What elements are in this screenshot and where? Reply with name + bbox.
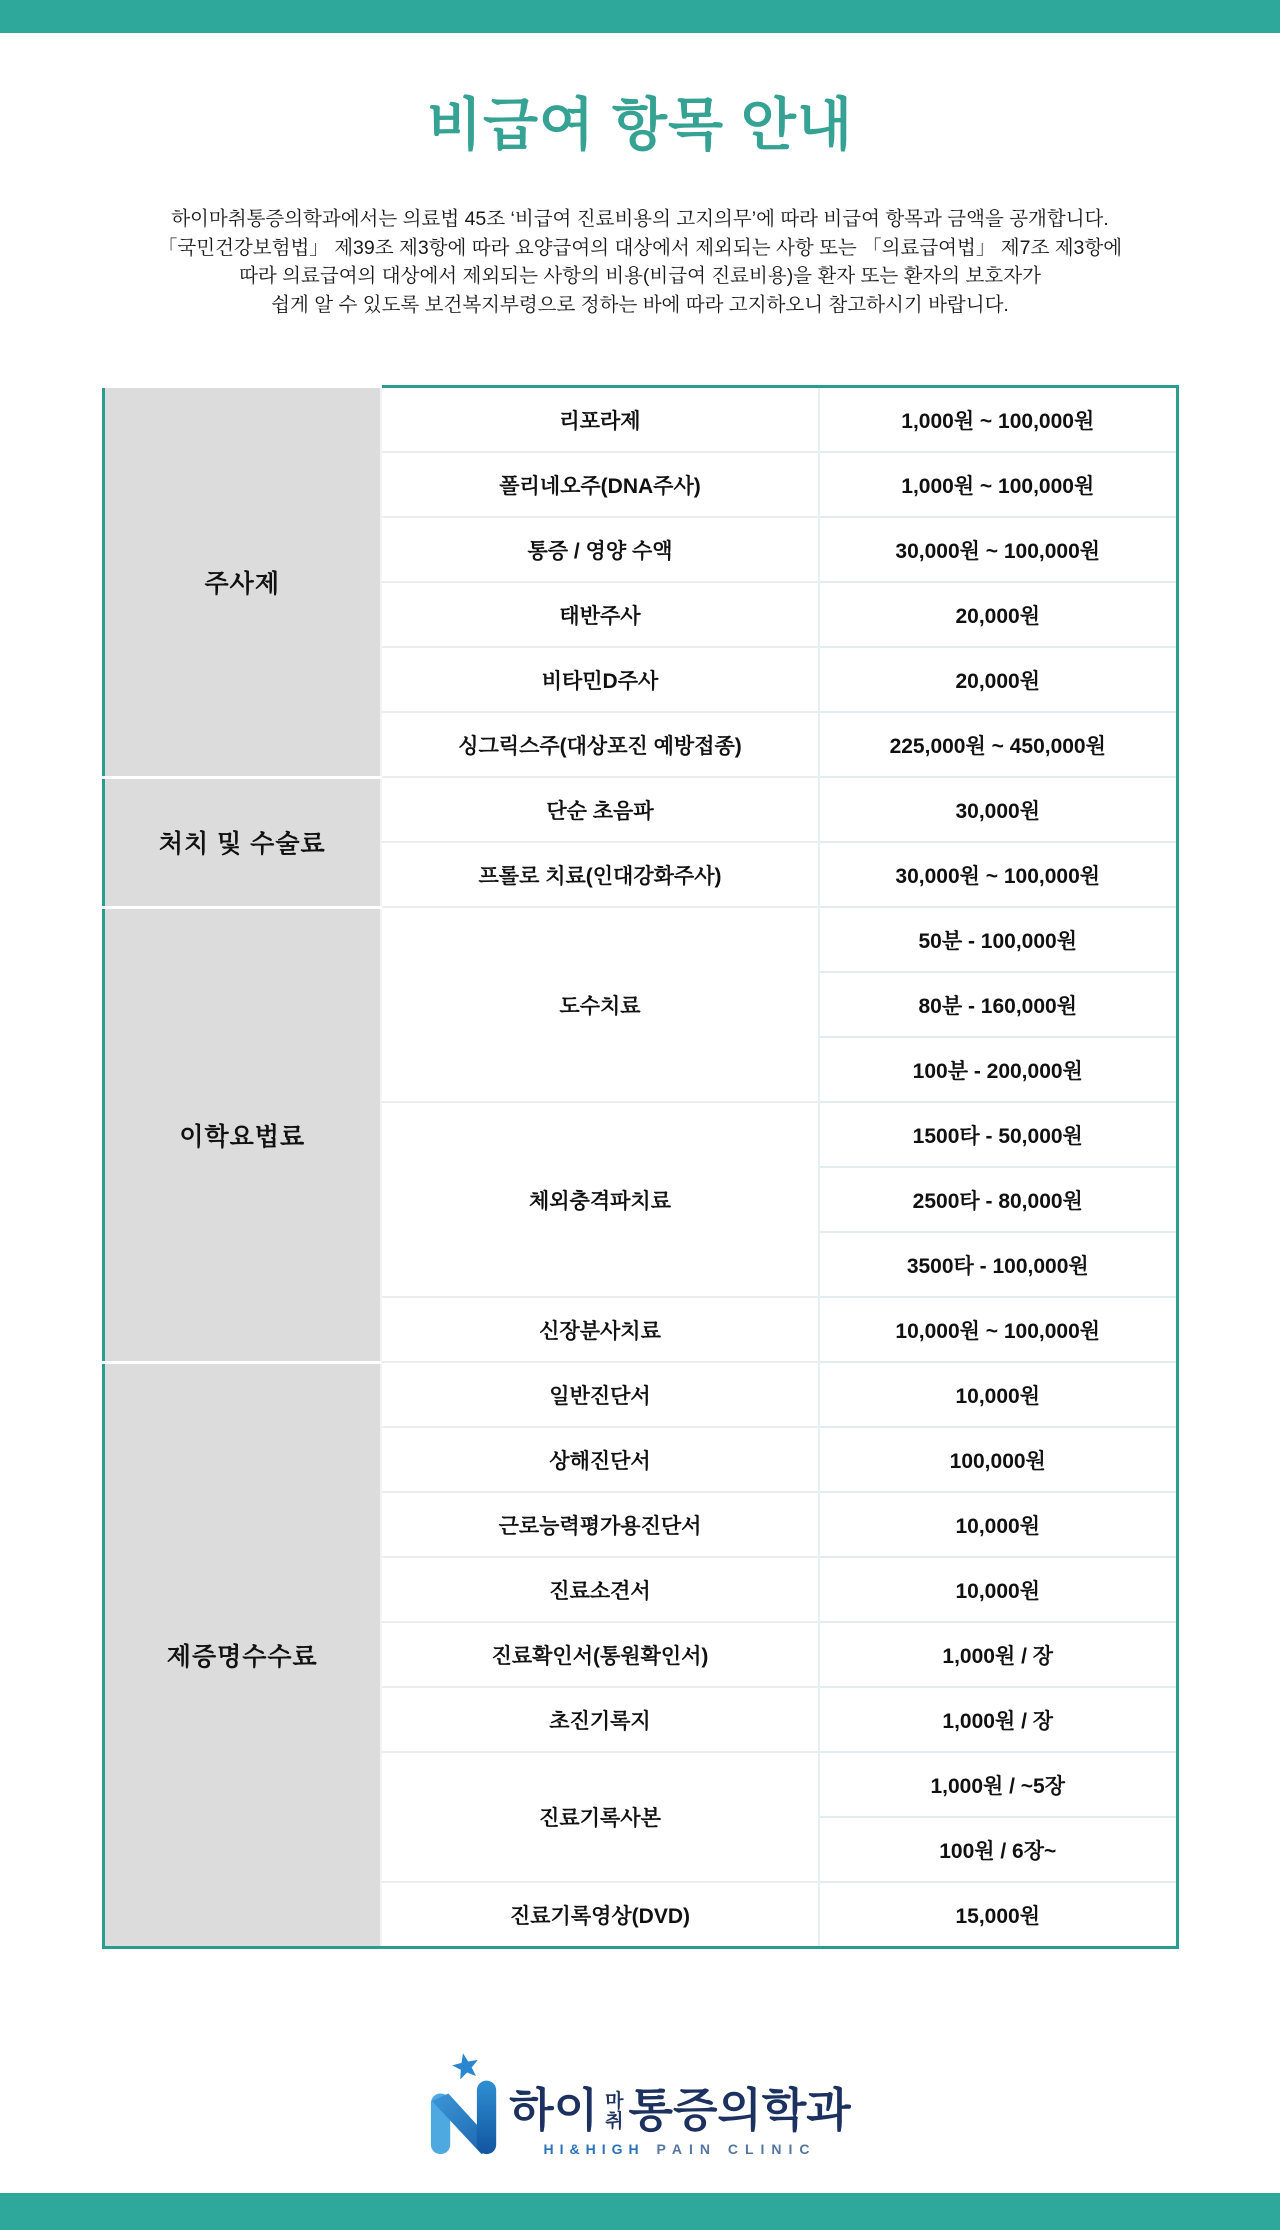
- item-cell: 진료소견서: [381, 1557, 819, 1622]
- item-cell: 초진기록지: [381, 1687, 819, 1752]
- price-cell: 3500타 - 100,000원: [819, 1232, 1177, 1297]
- price-cell: 20,000원: [819, 582, 1177, 647]
- logo-korean-rest: 통증의학과: [629, 2087, 851, 2133]
- item-cell: 통증 / 영양 수액: [381, 517, 819, 582]
- intro-line: 「국민건강보험법」 제39조 제3항에 따라 요양급여의 대상에서 제외되는 사…: [0, 234, 1280, 263]
- price-cell: 20,000원: [819, 647, 1177, 712]
- price-cell: 2500타 - 80,000원: [819, 1167, 1177, 1232]
- price-cell: 100,000원: [819, 1427, 1177, 1492]
- price-cell: 1,000원 ~ 100,000원: [819, 387, 1177, 453]
- category-cell: 이학요법료: [103, 907, 381, 1362]
- logo-korean-small-top: 마: [605, 2092, 623, 2111]
- price-cell: 10,000원: [819, 1557, 1177, 1622]
- price-cell: 30,000원 ~ 100,000원: [819, 517, 1177, 582]
- item-cell: 근로능력평가용진단서: [381, 1492, 819, 1557]
- logo-korean-small-bottom: 취: [605, 2112, 623, 2131]
- clinic-logo: 하이 마 취 통증의학과 HI&HIGH PAIN CLINIC: [430, 2053, 850, 2156]
- logo-english-text: HI&HIGH PAIN CLINIC: [544, 2142, 817, 2156]
- item-cell: 진료기록영상(DVD): [381, 1882, 819, 1948]
- price-cell: 1,000원 / 장: [819, 1622, 1177, 1687]
- item-cell: 프롤로 치료(인대강화주사): [381, 842, 819, 907]
- item-cell: 단순 초음파: [381, 777, 819, 842]
- logo-h-mark: [429, 2053, 499, 2156]
- price-cell: 1,000원 / ~5장: [819, 1752, 1177, 1817]
- category-cell: 주사제: [103, 387, 381, 778]
- item-cell: 신장분사치료: [381, 1297, 819, 1362]
- logo-english-light: PAIN CLINIC: [657, 2141, 817, 2157]
- star-icon: [452, 2053, 478, 2079]
- item-cell: 비타민D주사: [381, 647, 819, 712]
- price-cell: 10,000원: [819, 1492, 1177, 1557]
- table-row: 처치 및 수술료단순 초음파30,000원: [103, 777, 1177, 842]
- price-cell: 80분 - 160,000원: [819, 972, 1177, 1037]
- table-row: 이학요법료도수치료50분 - 100,000원: [103, 907, 1177, 972]
- item-cell: 상해진단서: [381, 1427, 819, 1492]
- item-cell: 폴리네오주(DNA주사): [381, 452, 819, 517]
- table-row: 주사제리포라제1,000원 ~ 100,000원: [103, 387, 1177, 453]
- item-cell: 리포라제: [381, 387, 819, 453]
- logo-korean-main: 하이: [509, 2087, 598, 2133]
- price-cell: 1,000원 / 장: [819, 1687, 1177, 1752]
- item-cell: 싱그릭스주(대상포진 예방접종): [381, 712, 819, 777]
- price-cell: 1500타 - 50,000원: [819, 1102, 1177, 1167]
- logo-korean-text: 하이 마 취 통증의학과: [509, 2087, 850, 2133]
- intro-line: 하이마취통증의학과에서는 의료법 45조 ‘비급여 진료비용의 고지의무’에 따…: [0, 205, 1280, 234]
- intro-line: 쉽게 알 수 있도록 보건복지부령으로 정하는 바에 따라 고지하오니 참고하시…: [0, 291, 1280, 320]
- price-cell: 1,000원 ~ 100,000원: [819, 452, 1177, 517]
- price-cell: 10,000원 ~ 100,000원: [819, 1297, 1177, 1362]
- category-cell: 처치 및 수술료: [103, 777, 381, 907]
- price-cell: 30,000원: [819, 777, 1177, 842]
- item-cell: 도수치료: [381, 907, 819, 1102]
- item-cell: 태반주사: [381, 582, 819, 647]
- pricing-table: 주사제리포라제1,000원 ~ 100,000원폴리네오주(DNA주사)1,00…: [102, 385, 1179, 1949]
- price-cell: 225,000원 ~ 450,000원: [819, 712, 1177, 777]
- price-cell: 100분 - 200,000원: [819, 1037, 1177, 1102]
- price-cell: 100원 / 6장~: [819, 1817, 1177, 1882]
- price-cell: 10,000원: [819, 1362, 1177, 1427]
- page-title: 비급여 항목 안내: [0, 91, 1280, 159]
- top-accent-bar: [0, 0, 1280, 33]
- item-cell: 체외충격파치료: [381, 1102, 819, 1297]
- intro-paragraph: 하이마취통증의학과에서는 의료법 45조 ‘비급여 진료비용의 고지의무’에 따…: [0, 205, 1280, 319]
- logo-korean-small-stack: 마 취: [605, 2092, 623, 2131]
- intro-line: 따라 의료급여의 대상에서 제외되는 사항의 비용(비급여 진료비용)을 환자 …: [0, 262, 1280, 291]
- pricing-table-body: 주사제리포라제1,000원 ~ 100,000원폴리네오주(DNA주사)1,00…: [103, 387, 1177, 1948]
- item-cell: 진료확인서(통원확인서): [381, 1622, 819, 1687]
- logo-text: 하이 마 취 통증의학과 HI&HIGH PAIN CLINIC: [509, 2087, 850, 2156]
- logo-english-bold: HI&HIGH: [544, 2141, 645, 2157]
- table-row: 제증명수수료일반진단서10,000원: [103, 1362, 1177, 1427]
- logo-right-bar: [477, 2081, 496, 2155]
- item-cell: 일반진단서: [381, 1362, 819, 1427]
- price-cell: 30,000원 ~ 100,000원: [819, 842, 1177, 907]
- bottom-accent-bar: [0, 2193, 1280, 2230]
- price-cell: 15,000원: [819, 1882, 1177, 1948]
- category-cell: 제증명수수료: [103, 1362, 381, 1948]
- item-cell: 진료기록사본: [381, 1752, 819, 1882]
- price-cell: 50분 - 100,000원: [819, 907, 1177, 972]
